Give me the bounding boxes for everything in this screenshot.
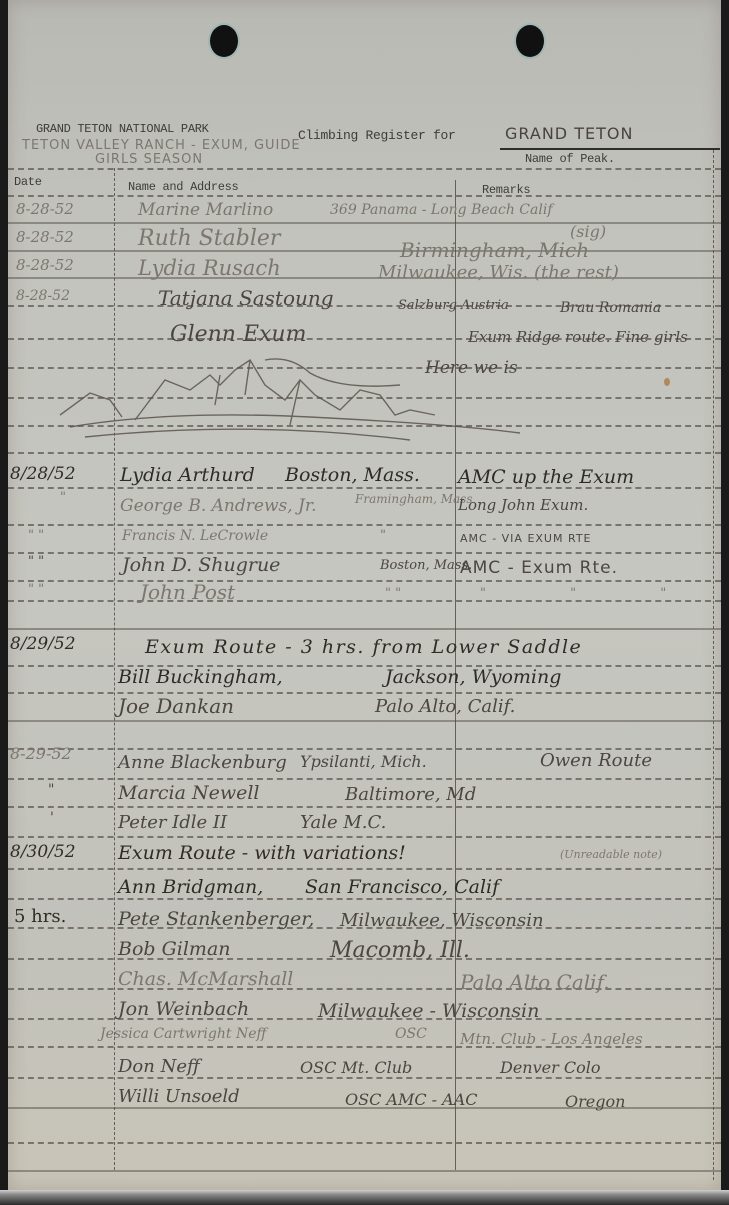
entry-date: 8/28/52	[10, 464, 76, 484]
entry-address: San Francisco, Calif	[305, 876, 499, 898]
entry-date: " "	[28, 554, 44, 569]
entry-date: 8/29/52	[10, 634, 76, 654]
entry-remarks: " " "	[480, 586, 706, 601]
rule-line	[8, 1170, 721, 1172]
entry-name: Jon Weinbach	[118, 998, 249, 1020]
entry-address: Ypsilanti, Mich.	[300, 752, 427, 771]
entry-address: Baltimore, Md	[345, 784, 476, 805]
entry-remarks: Denver Colo	[500, 1058, 600, 1077]
entry-date: 8-28-52	[16, 288, 70, 304]
entry-address: Jackson, Wyoming	[385, 666, 561, 688]
entry-remarks: AMC up the Exum	[458, 466, 634, 488]
entry-name: Chas. McMarshall	[118, 968, 293, 990]
entry-remarks: Owen Route	[540, 750, 652, 771]
entry-name: Exum Route - 3 hrs. from Lower Saddle	[145, 636, 582, 658]
entry-remarks: Palo Alto Calif.	[460, 970, 610, 994]
entry-name: Peter Idle II	[118, 812, 227, 833]
entry-date: 8/30/52	[10, 842, 76, 862]
page-right-border	[713, 150, 714, 1180]
entry-name: John D. Shugrue	[122, 554, 280, 576]
column-divider-date	[114, 168, 115, 1170]
entry-address: "	[380, 528, 386, 543]
entry-remarks: Here we is	[425, 358, 518, 378]
header-note-line1: TETON VALLEY RANCH - EXUM, GUIDE	[22, 138, 301, 153]
entry-remarks: Exum Ridge route. Fine girls	[468, 328, 688, 346]
column-header-name-address: Name and Address	[128, 180, 238, 194]
punch-hole-left	[210, 25, 238, 57]
entry-name: Bob Gilman	[118, 938, 231, 960]
entry-remarks: (Unreadable note)	[560, 848, 662, 861]
entry-remarks: AMC - Exum Rte.	[460, 558, 618, 578]
entry-address: Milwaukee, Wisconsin	[340, 910, 544, 931]
entry-remarks: (sig)	[570, 222, 606, 241]
entry-name: Ruth Stabler	[138, 226, 280, 251]
entry-address: Yale M.C.	[300, 812, 386, 833]
entry-name: Lydia Arthurd	[120, 464, 255, 486]
entry-name: Tatjana Sastoung	[158, 286, 334, 310]
entry-date: "	[48, 782, 54, 798]
entry-date: 8-28-52	[16, 256, 74, 274]
entry-address: Boston, Mass.	[380, 558, 472, 573]
entry-name: Marine Marlino	[138, 200, 273, 220]
entry-name: Lydia Rusach	[138, 256, 281, 280]
entry-name: Marcia Newell	[118, 782, 259, 804]
entry-date: "	[60, 490, 66, 505]
entry-address: Salzburg Austria	[398, 298, 509, 313]
entry-date: 8-28-52	[16, 228, 74, 246]
entry-name: George B. Andrews, Jr.	[120, 496, 317, 516]
entry-remarks: Mtn. Club - Los Angeles	[460, 1030, 643, 1048]
entry-address: Palo Alto, Calif.	[375, 696, 515, 717]
entry-name: Joe Dankan	[118, 694, 234, 718]
entry-name: Don Neff	[118, 1056, 200, 1077]
entry-address: OSC Mt. Club	[300, 1058, 412, 1077]
entry-address: Birmingham, Mich	[400, 238, 589, 262]
entry-name: Exum Route - with variations!	[118, 842, 406, 864]
entry-address: OSC	[395, 1026, 427, 1042]
entry-name: Glenn Exum	[170, 322, 306, 347]
clipboard-base	[0, 1190, 729, 1205]
entry-remarks: AMC - VIA EXUM RTE	[460, 532, 592, 545]
entry-name: Francis N. LeCrowle	[122, 528, 268, 544]
entry-address: " "	[385, 586, 401, 601]
entry-address: Macomb, Ill.	[330, 938, 470, 963]
entry-name: John Post	[140, 580, 235, 604]
register-label: Climbing Register for	[298, 128, 456, 143]
entry-name: Jessica Cartwright Neff	[100, 1026, 266, 1042]
header-note-line2: GIRLS SEASON	[95, 152, 203, 167]
entry-date: " "	[28, 528, 44, 543]
entry-name: Anne Blackenburg	[118, 752, 287, 773]
entry-address: Boston, Mass.	[285, 464, 420, 486]
entry-date: 8-29-52	[10, 744, 72, 763]
entry-name: Willi Unsoeld	[118, 1086, 240, 1107]
entry-address: Milwaukee - Wisconsin	[318, 1000, 539, 1022]
entry-address: OSC AMC - AAC	[345, 1090, 478, 1109]
punch-hole-right	[516, 25, 544, 57]
entry-name: Ann Bridgman,	[118, 876, 263, 898]
entry-address: Milwaukee, Wis. (the rest)	[378, 262, 619, 283]
column-header-date: Date	[14, 175, 42, 189]
peak-label: Name of Peak.	[525, 152, 615, 166]
entry-date: 5 hrs.	[14, 906, 66, 927]
entry-date: 8-28-52	[16, 200, 74, 218]
paper-stain	[664, 378, 670, 386]
entry-remarks: Long John Exum.	[458, 496, 588, 514]
entry-name: Pete Stankenberger,	[118, 908, 314, 930]
entry-address: 369 Panama - Long Beach Calif	[330, 202, 553, 218]
entry-remarks: Brau Romania	[560, 300, 661, 316]
peak-underline	[500, 148, 720, 150]
peak-name: GRAND TETON	[505, 124, 633, 143]
entry-date: '	[50, 810, 54, 826]
entry-address: Framingham, Mass	[355, 492, 473, 506]
entry-remarks: Oregon	[565, 1092, 625, 1111]
entry-name: Bill Buckingham,	[118, 666, 283, 688]
entry-date: " "	[28, 582, 44, 597]
park-name: GRAND TETON NATIONAL PARK	[36, 122, 209, 136]
